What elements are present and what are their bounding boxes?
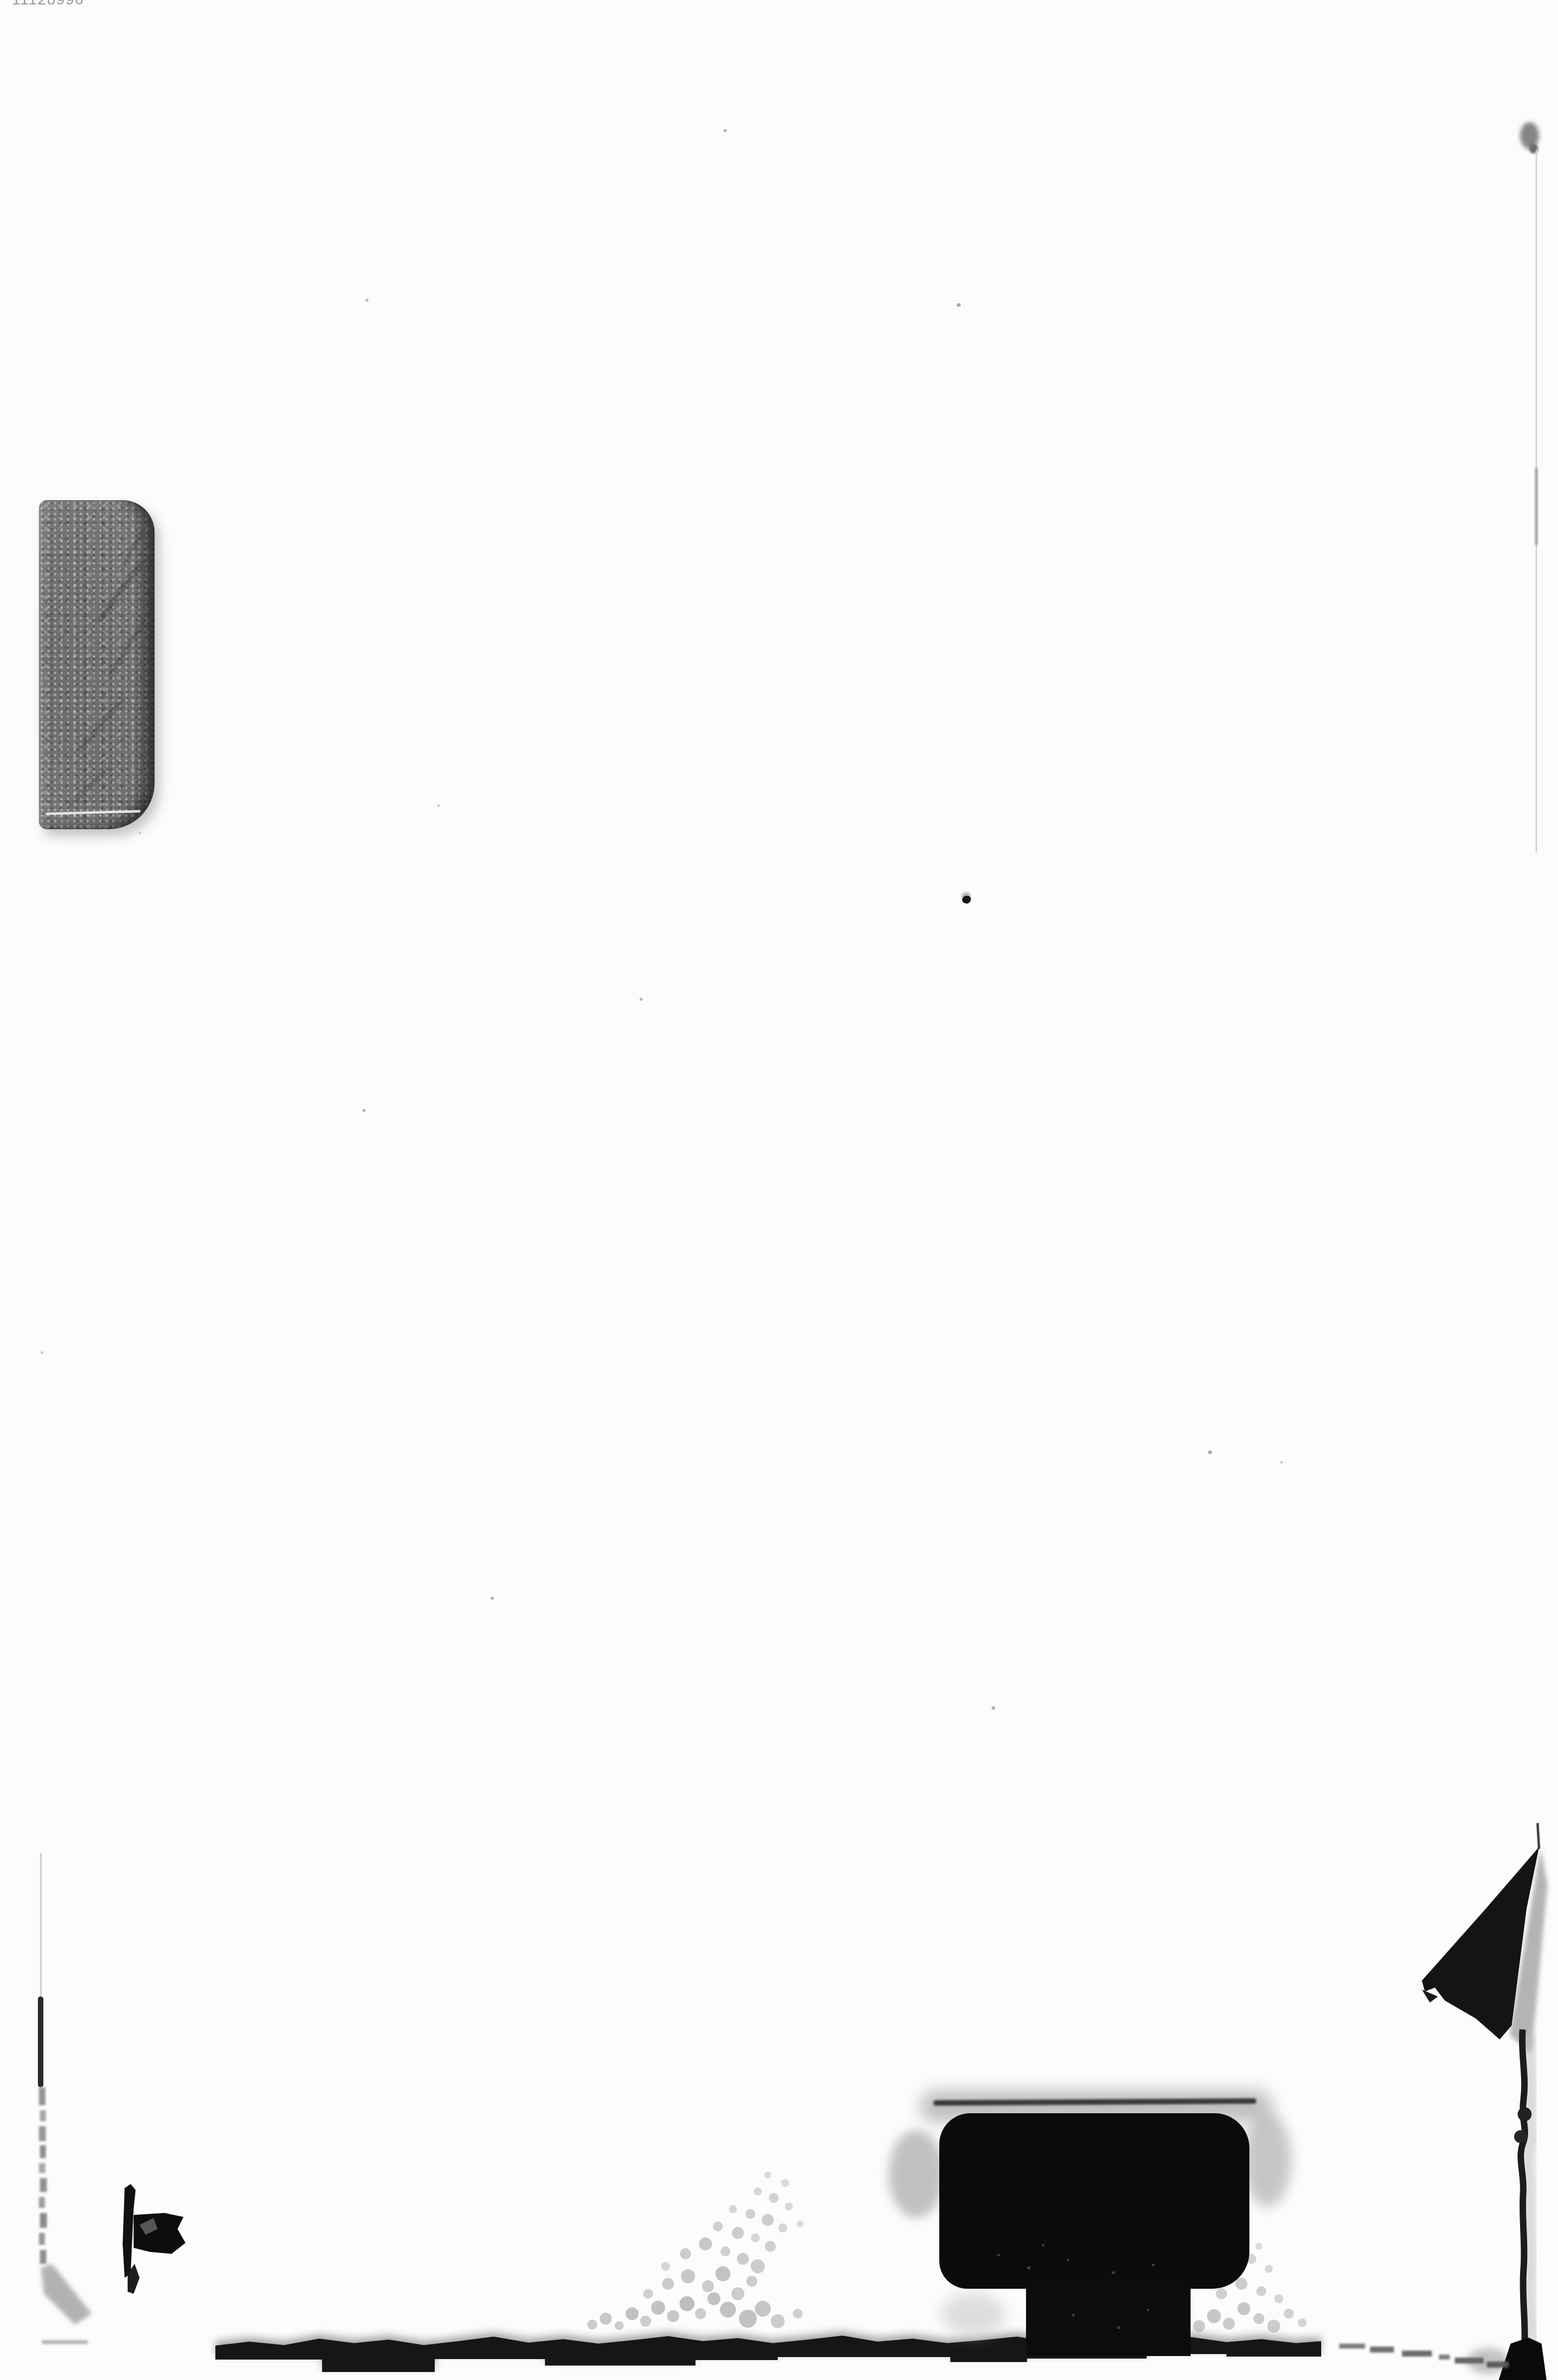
bottom-left-clip-mark: [123, 2184, 185, 2294]
binder-clip-stem: [1026, 2274, 1191, 2356]
binder-clip-head: [939, 2113, 1249, 2289]
top-right-edge-mark: [1520, 122, 1539, 853]
scanned-page: 11128996: [0, 0, 1558, 2380]
right-edge-crease: [1467, 2029, 1547, 2380]
corner-pennant: [1422, 1823, 1548, 2053]
left-edge-streak: [38, 1853, 92, 2344]
clip-left-fuzz: [888, 2130, 944, 2218]
clip-right-fuzz: [1243, 2112, 1291, 2207]
scan-artifacts-overlay: [0, 0, 1558, 2380]
dust-plume-left: [587, 2172, 804, 2330]
bottom-scan-edge: [215, 2331, 1509, 2372]
clip-under-fuzz: [941, 2293, 1005, 2336]
